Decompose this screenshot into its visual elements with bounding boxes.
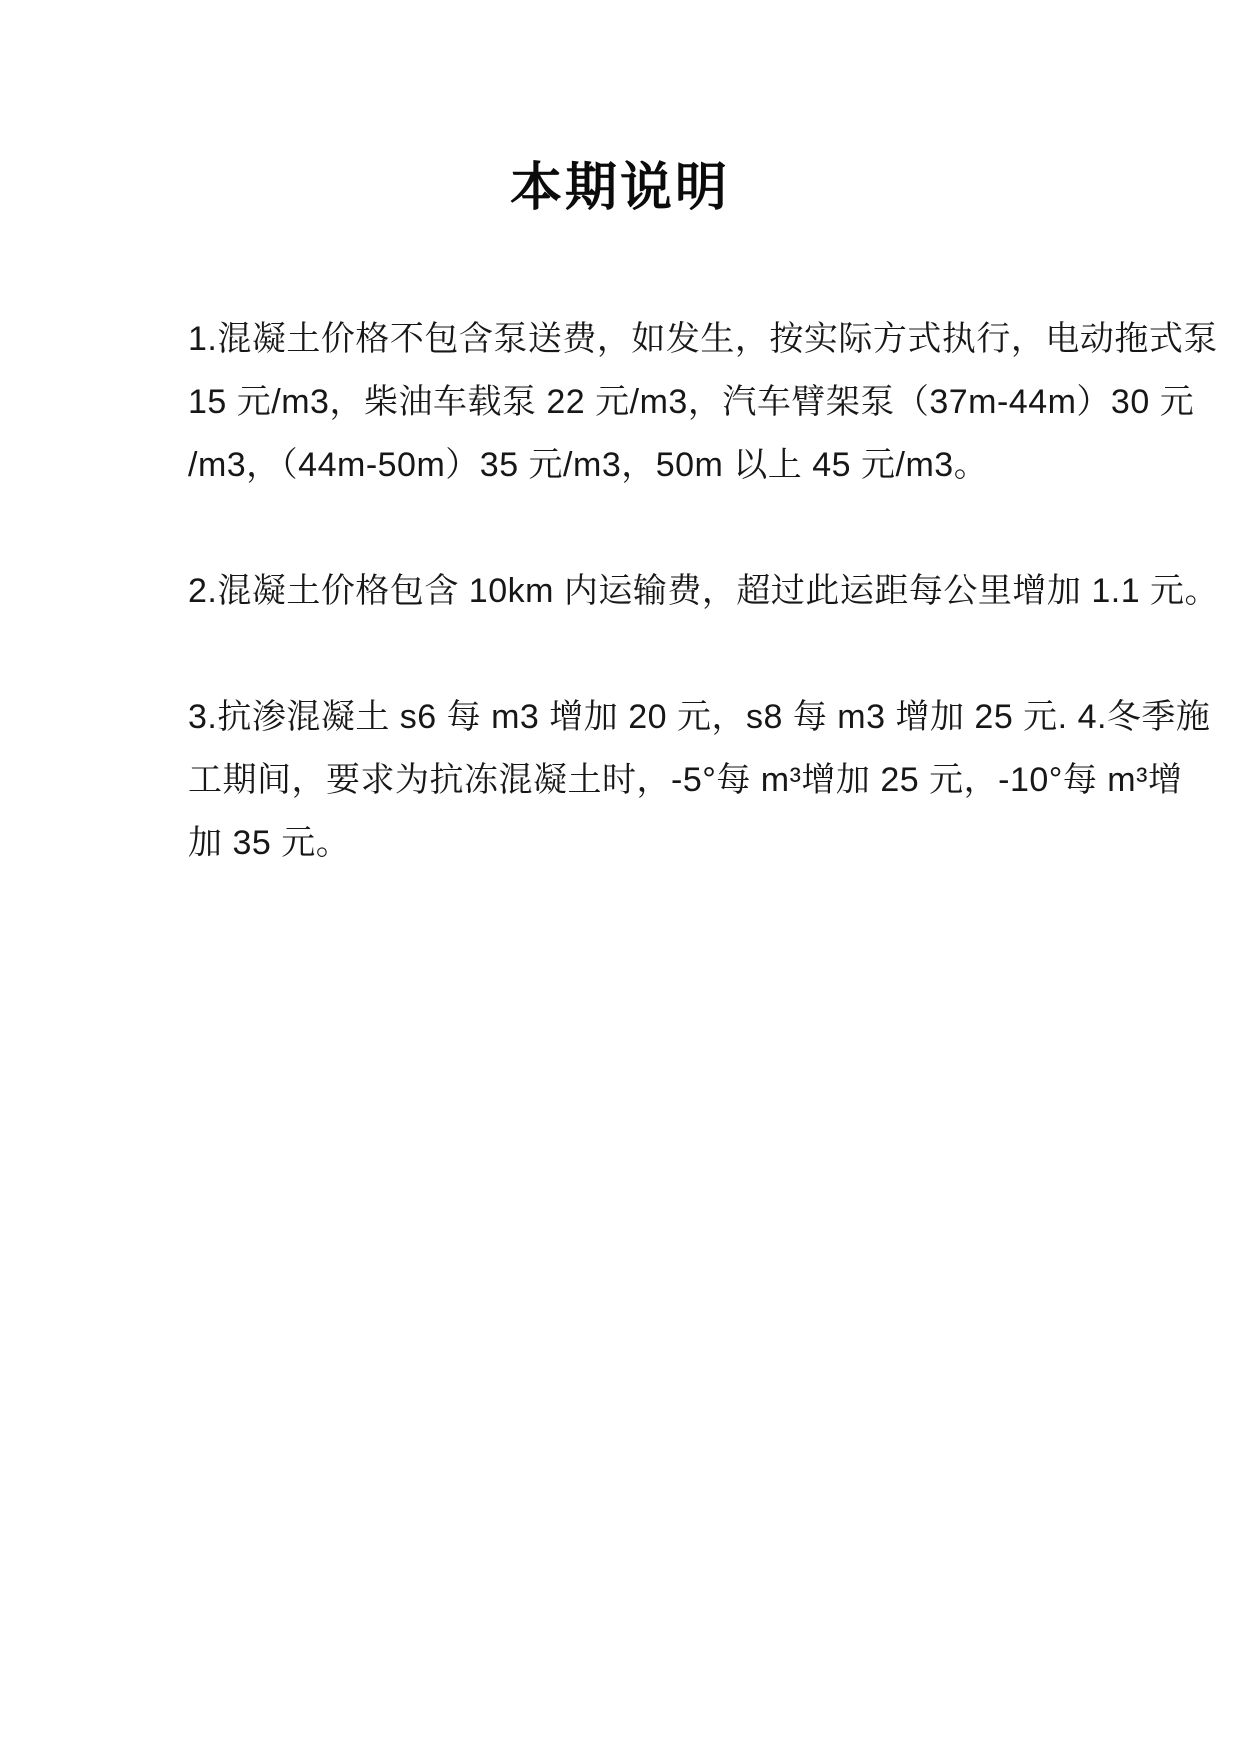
text-line: 2.混凝土价格包含 10km 内运输费，超过此运距每公里增加 1.1 元。 bbox=[188, 560, 1092, 623]
text-line: 1.混凝土价格不包含泵送费，如发生，按实际方式执行，电动拖式泵 bbox=[188, 308, 1092, 371]
text-line: 加 35 元。 bbox=[188, 812, 1092, 875]
text-line: /m3，（44m-50m）35 元/m3，50m 以上 45 元/m3。 bbox=[188, 434, 1092, 497]
notes-section: 1.混凝土价格不包含泵送费，如发生，按实际方式执行，电动拖式泵 15 元/m3，… bbox=[0, 308, 1240, 875]
text-line: 工期间，要求为抗冻混凝土时，-5°每 m³增加 25 元，-10°每 m³增 bbox=[188, 749, 1092, 812]
note-paragraph-transport-fee: 2.混凝土价格包含 10km 内运输费，超过此运距每公里增加 1.1 元。 bbox=[188, 560, 1092, 623]
text-line: 3.抗渗混凝土 s6 每 m3 增加 20 元，s8 每 m3 增加 25 元.… bbox=[188, 686, 1092, 749]
note-paragraph-pumping-fees: 1.混凝土价格不包含泵送费，如发生，按实际方式执行，电动拖式泵 15 元/m3，… bbox=[188, 308, 1092, 497]
note-paragraph-impermeable-winter: 3.抗渗混凝土 s6 每 m3 增加 20 元，s8 每 m3 增加 25 元.… bbox=[188, 686, 1092, 875]
page-title: 本期说明 bbox=[0, 0, 1240, 214]
text-line: 15 元/m3，柴油车载泵 22 元/m3，汽车臂架泵（37m-44m）30 元 bbox=[188, 371, 1092, 434]
document-page: 本期说明 1.混凝土价格不包含泵送费，如发生，按实际方式执行，电动拖式泵 15 … bbox=[0, 0, 1240, 1753]
